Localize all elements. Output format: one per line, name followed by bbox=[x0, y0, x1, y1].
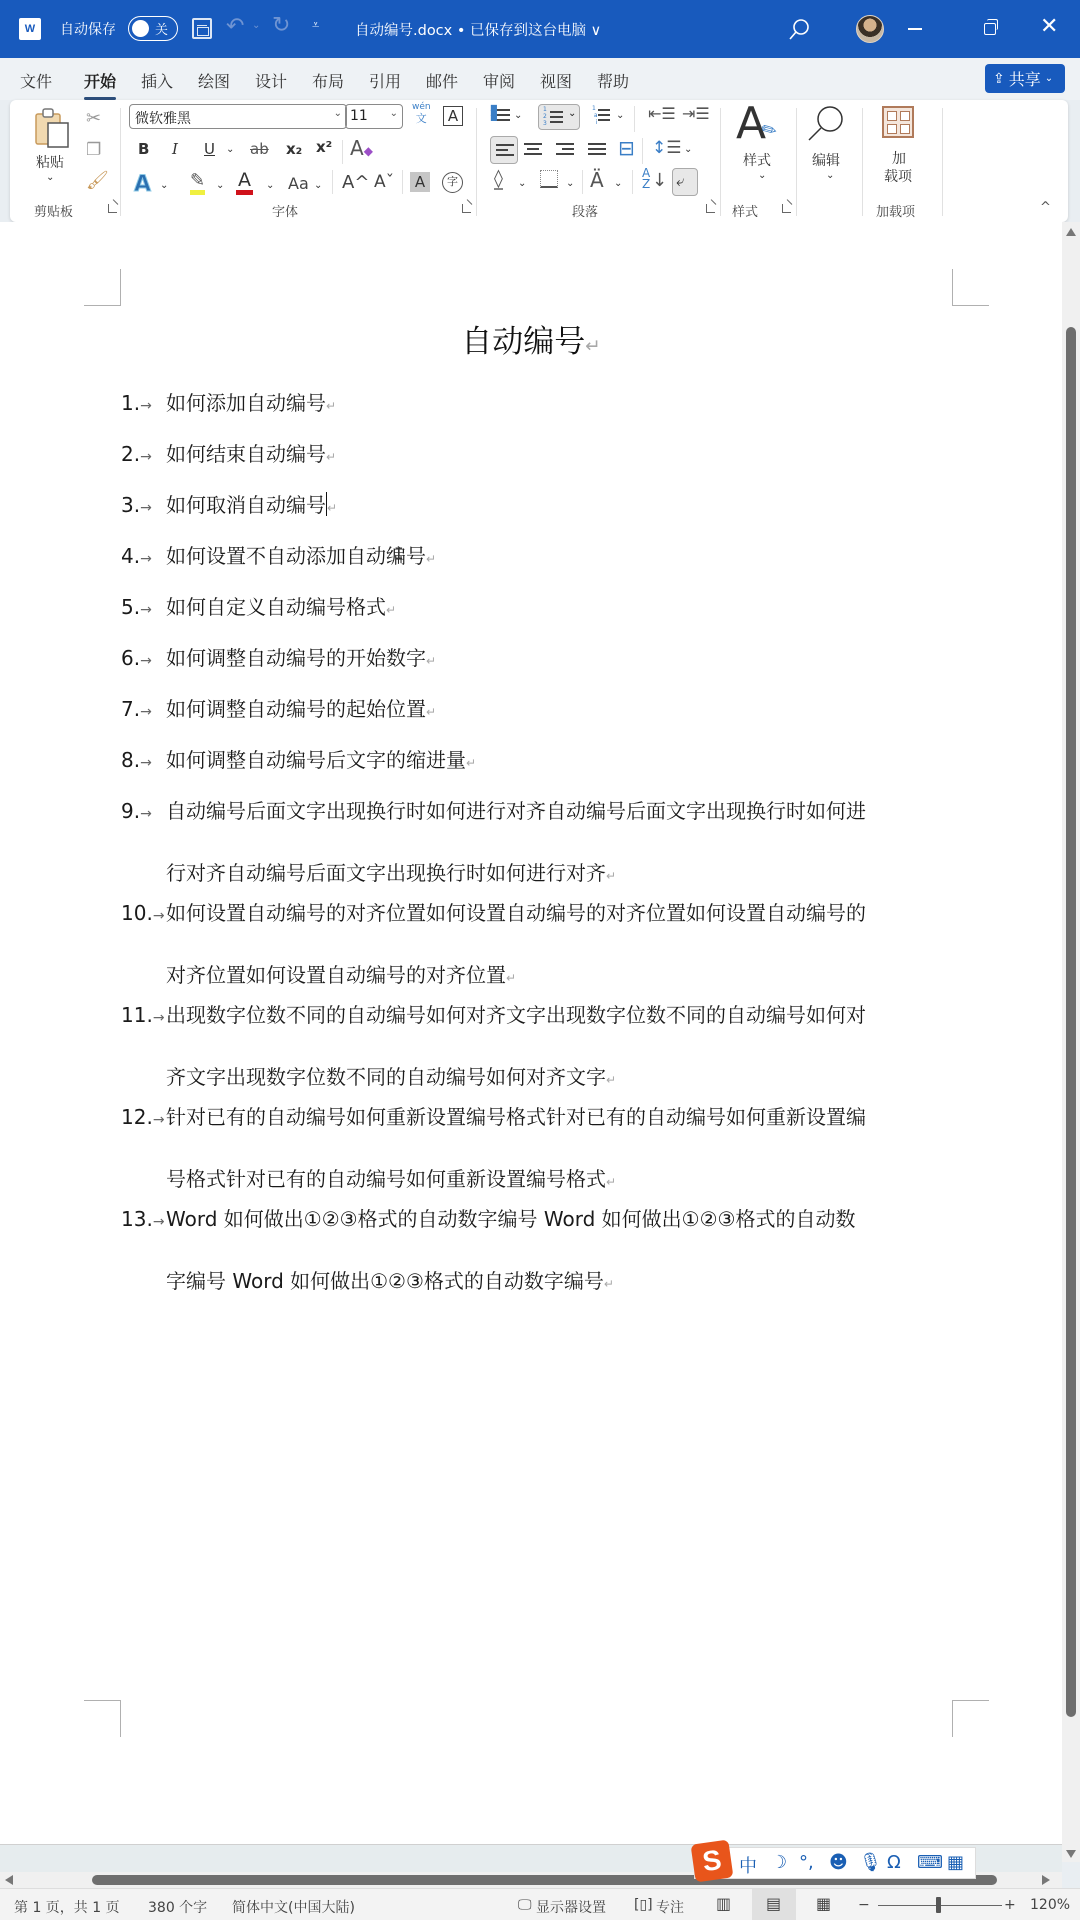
copy-icon[interactable]: ❐ bbox=[86, 140, 101, 160]
list-number: 7. bbox=[121, 697, 140, 721]
tab-references[interactable]: 引用 bbox=[369, 69, 401, 92]
character-spacing-dropdown-icon[interactable]: ⌄ bbox=[614, 178, 622, 189]
divider bbox=[942, 108, 943, 216]
paste-dropdown-icon[interactable]: ⌄ bbox=[46, 172, 54, 183]
font-color-dropdown-icon[interactable]: ⌄ bbox=[266, 180, 274, 191]
align-left-button[interactable] bbox=[490, 136, 518, 164]
show-marks-button[interactable]: ⤶ bbox=[672, 168, 698, 196]
character-shading-button[interactable]: A bbox=[410, 172, 430, 192]
chevron-down-icon: ⌄ bbox=[1045, 73, 1053, 84]
enclose-characters-button[interactable]: 字 bbox=[442, 172, 463, 193]
minimize-icon[interactable] bbox=[908, 28, 922, 30]
restore-icon[interactable] bbox=[984, 23, 996, 35]
line-text: 如何设置不自动添加自动编号 bbox=[166, 544, 426, 568]
tab-arrow-icon: → bbox=[153, 1214, 165, 1230]
status-bar: 第 1 页，共 1 页 380 个字 简体中文(中国大陆) 🖵 显示器设置 [▯… bbox=[0, 1888, 1080, 1920]
display-settings-button[interactable]: 显示器设置 bbox=[536, 1897, 606, 1917]
vertical-scroll-thumb[interactable] bbox=[1066, 327, 1076, 1717]
editing-dropdown-icon[interactable]: ⌄ bbox=[826, 170, 834, 181]
paragraph-mark: ↵ bbox=[506, 971, 516, 985]
tab-draw[interactable]: 绘图 bbox=[198, 69, 230, 92]
list-number: 9. bbox=[121, 799, 140, 823]
tab-mailings[interactable]: 邮件 bbox=[426, 69, 458, 92]
clipboard-group-label: 剪贴板 bbox=[34, 201, 73, 220]
page-corner-mark bbox=[952, 269, 989, 306]
page-count[interactable]: 第 1 页，共 1 页 bbox=[14, 1897, 120, 1917]
punctuation-icon[interactable]: °, bbox=[799, 1852, 814, 1873]
chevron-down-icon: ⌄ bbox=[334, 108, 342, 119]
align-center-button[interactable] bbox=[524, 143, 542, 157]
list-marker: 13.→ bbox=[121, 1188, 165, 1253]
autosave-label: 自动保存 bbox=[60, 19, 116, 39]
addins-label-line2[interactable]: 载项 bbox=[884, 166, 912, 186]
save-icon[interactable] bbox=[192, 18, 212, 39]
borders-dropdown-icon[interactable]: ⌄ bbox=[566, 178, 574, 189]
ribbon: 粘贴 ⌄ ✂ ❐ 🖌 剪贴板 微软雅黑 ⌄ 11 ⌄ wén 文 A B I U… bbox=[10, 100, 1068, 222]
sogou-logo-icon[interactable]: S bbox=[691, 1840, 734, 1883]
underline-button[interactable]: U bbox=[204, 140, 215, 158]
font-name-value: 微软雅黑 bbox=[135, 111, 191, 127]
redo-icon[interactable]: ↻ bbox=[272, 13, 290, 38]
divider bbox=[582, 170, 583, 194]
line-text: 如何添加自动编号 bbox=[166, 391, 326, 415]
cut-icon[interactable]: ✂ bbox=[86, 108, 101, 129]
list-marker: 10.→ bbox=[121, 882, 165, 947]
toggle-knob bbox=[132, 20, 149, 37]
word-icon: W bbox=[19, 18, 41, 40]
change-case-button[interactable]: Aa bbox=[288, 174, 309, 193]
vertical-scrollbar[interactable] bbox=[1062, 222, 1080, 1862]
paragraph-mark: ↵ bbox=[606, 1175, 616, 1189]
tab-arrow-icon: → bbox=[140, 755, 152, 771]
avatar[interactable] bbox=[856, 15, 884, 43]
text-line: Word 如何做出①②③格式的自动数字编号 Word 如何做出①②③格式的自动数 bbox=[166, 1188, 941, 1250]
paragraph-launcher-icon[interactable] bbox=[706, 204, 715, 213]
tab-arrow-icon: → bbox=[153, 1112, 165, 1128]
menu-bar: 文件 开始 插入 绘图 设计 布局 引用 邮件 审阅 视图 帮助 bbox=[0, 58, 1080, 100]
chevron-down-icon: ⌄ bbox=[390, 108, 398, 119]
tab-file[interactable]: 文件 bbox=[20, 69, 52, 92]
text-effects-dropdown-icon[interactable]: ⌄ bbox=[160, 180, 168, 191]
close-icon[interactable]: ✕ bbox=[1040, 16, 1058, 38]
text-line: 出现数字位数不同的自动编号如何对齐文字出现数字位数不同的自动编号如何对 bbox=[166, 984, 941, 1046]
tab-design[interactable]: 设计 bbox=[255, 69, 287, 92]
share-button[interactable]: ⇪ 共享 ⌄ bbox=[985, 64, 1065, 93]
list-number: 8. bbox=[121, 748, 140, 772]
text-line: 针对已有的自动编号如何重新设置编号格式针对已有的自动编号如何重新设置编 bbox=[166, 1086, 941, 1148]
tab-arrow-icon: → bbox=[153, 1010, 165, 1026]
list-number: 10. bbox=[121, 901, 153, 925]
undo-dropdown-icon[interactable]: ⌄ bbox=[252, 20, 260, 31]
divider bbox=[342, 140, 343, 164]
page-corner-mark bbox=[84, 269, 121, 306]
line-text: 如何调整自动编号的开始数字 bbox=[166, 646, 426, 670]
format-painter-icon[interactable]: 🖌 bbox=[86, 170, 109, 191]
paste-icon[interactable] bbox=[34, 106, 70, 150]
paragraph-mark: ↵ bbox=[426, 705, 436, 719]
paste-label[interactable]: 粘贴 bbox=[36, 152, 64, 172]
tab-layout[interactable]: 布局 bbox=[312, 69, 344, 92]
strikethrough-button[interactable]: ab bbox=[250, 140, 269, 158]
addins-icon[interactable] bbox=[882, 106, 914, 138]
styles-group-label: 样式 bbox=[732, 201, 758, 220]
half-width-icon[interactable]: ☽ bbox=[771, 1852, 787, 1873]
ibeam-cursor-icon: I bbox=[394, 544, 404, 563]
clipboard-launcher-icon[interactable] bbox=[108, 204, 117, 213]
divider bbox=[642, 138, 643, 164]
shading-dropdown-icon[interactable]: ⌄ bbox=[518, 178, 526, 189]
borders-icon[interactable] bbox=[540, 170, 558, 188]
font-launcher-icon[interactable] bbox=[462, 204, 471, 213]
increase-indent-icon[interactable]: ⇥☰ bbox=[682, 104, 710, 123]
bullets-dropdown-icon[interactable]: ⌄ bbox=[514, 110, 522, 121]
emoji-icon[interactable]: ☻ bbox=[829, 1852, 848, 1873]
paragraph-mark: ↵ bbox=[606, 869, 616, 883]
character-spacing-icon[interactable]: Ä bbox=[590, 168, 604, 192]
divider bbox=[796, 108, 797, 216]
paragraph-mark: ↵ bbox=[326, 450, 336, 464]
divider bbox=[720, 108, 721, 216]
line-text: Word 如何做出①②③格式的自动数字编号 Word 如何做出①②③格式的自动数 bbox=[166, 1207, 855, 1231]
focus-icon: [▯] bbox=[634, 1897, 653, 1913]
word-count[interactable]: 380 个字 bbox=[148, 1897, 207, 1917]
display-settings-icon: 🖵 bbox=[518, 1897, 532, 1913]
tab-arrow-icon: → bbox=[140, 551, 152, 567]
tab-arrow-icon: → bbox=[140, 500, 152, 516]
font-color-button[interactable]: A bbox=[236, 170, 253, 195]
line-spacing-icon[interactable]: ↕☰ bbox=[652, 138, 682, 158]
autosave-toggle[interactable]: 关 bbox=[128, 16, 178, 41]
paragraph-group-label: 段落 bbox=[572, 201, 598, 220]
share-icon: ⇪ bbox=[993, 71, 1005, 87]
superscript-button[interactable]: x² bbox=[316, 138, 332, 156]
tab-arrow-icon: → bbox=[140, 806, 152, 822]
highlight-icon[interactable]: ✎ bbox=[190, 172, 205, 195]
subscript-button[interactable]: x₂ bbox=[286, 140, 302, 158]
zoom-out-button[interactable]: − bbox=[858, 1897, 870, 1913]
chinese-mode-icon[interactable]: 中 bbox=[739, 1852, 757, 1878]
line-text: 如何调整自动编号的起始位置 bbox=[166, 697, 426, 721]
bold-button[interactable]: B bbox=[138, 140, 149, 158]
paragraph-mark: ↵ bbox=[426, 654, 436, 668]
text-effects-button[interactable]: A bbox=[134, 172, 151, 197]
list-number: 13. bbox=[121, 1207, 153, 1231]
read-mode-icon[interactable]: ▥ bbox=[716, 1894, 731, 1913]
undo-icon[interactable]: ↶ bbox=[226, 14, 244, 39]
line-text: 出现数字位数不同的自动编号如何对齐文字出现数字位数不同的自动编号如何对 bbox=[166, 1003, 866, 1027]
list-number: 4. bbox=[121, 544, 140, 568]
tab-insert[interactable]: 插入 bbox=[141, 69, 173, 92]
title-bar: W 自动保存 关 ↶ ⌄ ↻ ⩡ 自动编号.docx • 已保存到这台电脑 ∨ … bbox=[0, 0, 1080, 58]
tab-arrow-icon: → bbox=[140, 704, 152, 720]
divider bbox=[120, 108, 121, 216]
shrink-font-button[interactable]: Aˇ bbox=[374, 172, 394, 192]
list-number: 12. bbox=[121, 1105, 153, 1129]
toolbox-icon[interactable]: ▦ bbox=[947, 1852, 964, 1873]
divider bbox=[476, 108, 477, 216]
focus-button[interactable]: 专注 bbox=[656, 1897, 684, 1917]
text-line: 字编号 Word 如何做出①②③格式的自动数字编号↵ bbox=[166, 1250, 941, 1312]
line-text: 如何结束自动编号 bbox=[166, 442, 326, 466]
language-status[interactable]: 简体中文(中国大陆) bbox=[232, 1897, 355, 1917]
multilevel-list-button[interactable]: 1 a i bbox=[592, 106, 612, 126]
list-number: 2. bbox=[121, 442, 140, 466]
list-number: 3. bbox=[121, 493, 140, 517]
list-number: 6. bbox=[121, 646, 140, 670]
tab-arrow-icon: → bbox=[153, 908, 165, 924]
document-canvas[interactable]: 自动编号↵ 1.→如何添加自动编号↵2.→如何结束自动编号↵3.→如何取消自动编… bbox=[0, 222, 1062, 1844]
change-case-dropdown-icon[interactable]: ⌄ bbox=[314, 180, 322, 191]
sort-icon[interactable]: AZ bbox=[642, 168, 650, 190]
divider bbox=[402, 170, 403, 194]
text-line: 自动编号后面文字出现换行时如何进行对齐自动编号后面文字出现换行时如何进 bbox=[166, 780, 941, 842]
distributed-icon[interactable]: ⊟ bbox=[618, 136, 635, 160]
tab-arrow-icon: → bbox=[140, 653, 152, 669]
addins-label-line1[interactable]: 加 bbox=[892, 148, 906, 168]
numbering-button[interactable]: 123 ⌄ bbox=[538, 104, 580, 130]
character-border-button[interactable]: A bbox=[443, 106, 463, 126]
scroll-right-icon[interactable] bbox=[1042, 1875, 1050, 1885]
document-title[interactable]: 自动编号.docx • 已保存到这台电脑 ∨ bbox=[355, 19, 601, 40]
scroll-down-icon[interactable] bbox=[1066, 1850, 1076, 1858]
tab-arrow-icon: → bbox=[140, 449, 152, 465]
heading-text: 自动编号 bbox=[461, 324, 585, 360]
paragraph-mark: ↵ bbox=[606, 1073, 616, 1087]
page-corner-mark bbox=[952, 1700, 989, 1737]
list-number: 5. bbox=[121, 595, 140, 619]
list-marker: 11.→ bbox=[121, 984, 165, 1049]
tab-review[interactable]: 审阅 bbox=[483, 69, 515, 92]
shading-icon[interactable]: ◊ bbox=[494, 170, 503, 190]
justify-button[interactable] bbox=[588, 143, 606, 157]
share-label: 共享 bbox=[1009, 67, 1041, 90]
tab-help[interactable]: 帮助 bbox=[597, 69, 629, 92]
font-size-value: 11 bbox=[350, 108, 368, 124]
paragraph-mark: ↵ bbox=[327, 501, 337, 515]
font-group-label: 字体 bbox=[272, 201, 298, 220]
italic-button[interactable]: I bbox=[172, 140, 178, 158]
sort-arrow-icon: ↓ bbox=[652, 170, 667, 191]
addins-group-label: 加载项 bbox=[876, 201, 915, 220]
line-text: 如何取消自动编号 bbox=[166, 493, 326, 517]
search-icon[interactable] bbox=[788, 18, 810, 42]
phonetic-bottom: 文 bbox=[412, 113, 431, 124]
zoom-slider-thumb[interactable] bbox=[936, 1897, 941, 1913]
zoom-in-button[interactable]: + bbox=[1004, 1897, 1016, 1913]
customize-qat-icon[interactable]: ⩡ bbox=[312, 18, 319, 33]
list-number: 11. bbox=[121, 1003, 153, 1027]
line-text: 自动编号后面文字出现换行时如何进行对齐自动编号后面文字出现换行时如何进 bbox=[166, 799, 866, 823]
line-text: 如何设置自动编号的对齐位置如何设置自动编号的对齐位置如何设置自动编号的 bbox=[166, 901, 866, 925]
grow-font-button[interactable]: A^ bbox=[342, 172, 369, 193]
paragraph-mark: ↵ bbox=[604, 1277, 614, 1291]
web-layout-icon[interactable]: ▦ bbox=[816, 1894, 831, 1913]
line-text: 如何自定义自动编号格式 bbox=[166, 595, 386, 619]
divider bbox=[634, 106, 635, 132]
page-corner-mark bbox=[84, 1700, 121, 1737]
clear-formatting-icon[interactable]: A◆ bbox=[350, 136, 373, 160]
list-item-text: Word 如何做出①②③格式的自动数字编号 Word 如何做出①②③格式的自动数… bbox=[166, 1188, 941, 1312]
ime-toolbar: S 中☽°,☻🎙Ω⌨▦ bbox=[694, 1847, 976, 1879]
collapse-ribbon-icon[interactable]: ^ bbox=[1040, 200, 1051, 215]
microphone-icon[interactable]: 🎙 bbox=[859, 1852, 882, 1873]
list-marker: 9.→ bbox=[121, 780, 152, 845]
tab-home[interactable]: 开始 bbox=[84, 69, 116, 92]
tab-arrow-icon: → bbox=[140, 398, 152, 414]
line-spacing-dropdown-icon[interactable]: ⌄ bbox=[684, 144, 692, 155]
paragraph-mark: ↵ bbox=[585, 336, 601, 357]
decrease-indent-icon[interactable]: ⇤☰ bbox=[648, 104, 676, 123]
document-heading[interactable]: 自动编号↵ bbox=[0, 316, 1062, 361]
list-item[interactable]: 13.→Word 如何做出①②③格式的自动数字编号 Word 如何做出①②③格式… bbox=[121, 1188, 941, 1312]
bullets-button[interactable]: ■■■ bbox=[490, 108, 510, 126]
line-text: 针对已有的自动编号如何重新设置编号格式针对已有的自动编号如何重新设置编 bbox=[166, 1105, 866, 1129]
paragraph-mark: ↵ bbox=[326, 399, 336, 413]
font-size-combobox[interactable]: 11 ⌄ bbox=[345, 104, 403, 129]
editing-label[interactable]: 编辑 bbox=[812, 150, 840, 170]
zoom-level[interactable]: 120% bbox=[1030, 1897, 1070, 1913]
font-name-combobox[interactable]: 微软雅黑 ⌄ bbox=[129, 104, 347, 129]
multilevel-dropdown-icon[interactable]: ⌄ bbox=[616, 110, 624, 121]
paragraph-mark: ↵ bbox=[386, 603, 396, 617]
autosave-state: 关 bbox=[155, 19, 168, 38]
phonetic-guide-button[interactable]: wén 文 bbox=[412, 102, 431, 124]
keyboard-icon[interactable]: ⌨ bbox=[917, 1852, 943, 1873]
text-line: 如何设置自动编号的对齐位置如何设置自动编号的对齐位置如何设置自动编号的 bbox=[166, 882, 941, 944]
line-text: 如何调整自动编号后文字的缩进量 bbox=[166, 748, 466, 772]
scroll-left-icon[interactable] bbox=[5, 1875, 13, 1885]
divider bbox=[332, 170, 333, 194]
styles-dropdown-icon[interactable]: ⌄ bbox=[758, 170, 766, 181]
paragraph-mark: ↵ bbox=[466, 756, 476, 770]
list-number: 1. bbox=[121, 391, 140, 415]
list-marker: 12.→ bbox=[121, 1086, 165, 1151]
highlight-dropdown-icon[interactable]: ⌄ bbox=[216, 180, 224, 191]
align-right-button[interactable] bbox=[556, 143, 574, 157]
underline-dropdown-icon[interactable]: ⌄ bbox=[226, 144, 234, 155]
styles-launcher-icon[interactable] bbox=[782, 204, 791, 213]
tab-view[interactable]: 视图 bbox=[540, 69, 572, 92]
print-layout-icon[interactable]: ▤ bbox=[766, 1894, 781, 1913]
line-text: 字编号 Word 如何做出①②③格式的自动数字编号 bbox=[166, 1269, 604, 1293]
scroll-up-icon[interactable] bbox=[1066, 228, 1076, 236]
styles-button[interactable]: A ✎ bbox=[736, 104, 786, 150]
tab-arrow-icon: → bbox=[140, 602, 152, 618]
divider bbox=[632, 170, 633, 194]
symbol-icon[interactable]: Ω bbox=[887, 1852, 901, 1873]
divider bbox=[862, 108, 863, 216]
editing-search-icon[interactable] bbox=[806, 104, 846, 148]
styles-label[interactable]: 样式 bbox=[743, 150, 771, 170]
paragraph-mark: ↵ bbox=[426, 552, 436, 566]
